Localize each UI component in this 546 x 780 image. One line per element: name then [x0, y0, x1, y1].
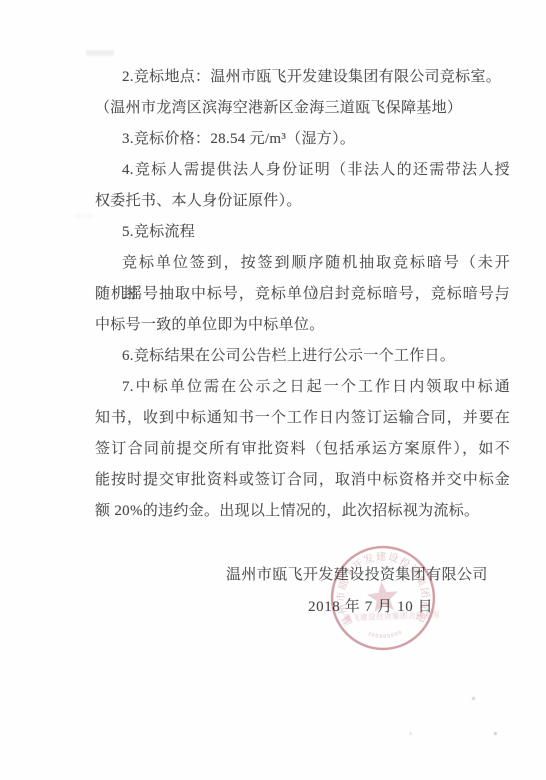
body-line: （温州市龙湾区滨海空港新区金海三道瓯飞保障基地）	[95, 93, 510, 124]
body-line: 竞标单位签到，按签到顺序随机抽取竞标暗号（未开封），	[95, 248, 510, 279]
body-line: 3.竞标价格：28.54 元/m³（湿方）。	[95, 124, 510, 155]
seal-star-icon	[367, 581, 399, 611]
body-line: 2.竞标地点：温州市瓯飞开发建设集团有限公司竞标室。	[95, 62, 510, 93]
scan-speck	[494, 732, 497, 735]
body-line: 7.中标单位需在公示之日起一个工作日内领取中标通	[95, 372, 510, 403]
scan-smudge	[86, 50, 114, 56]
svg-text:300809000: 300809000	[366, 628, 404, 642]
body-line: 额 20%的违约金。出现以上情况的，此次招标视为流标。	[95, 496, 510, 527]
company-seal-stamp: 温州市瓯飞开发建设投资集团有限公司 300809000 瓯飞建设投资集团合同专用	[323, 538, 444, 659]
body-line: 知书，收到中标通知书一个工作日内签订运输合同，并要在	[95, 403, 510, 434]
body-line: 随机摇号抽取中标号，竞标单位启封竞标暗号，竞标暗号与	[95, 279, 510, 310]
body-line: 中标号一致的单位即为中标单位。	[95, 310, 510, 341]
scanned-document-page: 2.竞标地点：温州市瓯飞开发建设集团有限公司竞标室。 （温州市龙湾区滨海空港新区…	[0, 0, 546, 780]
body-line: 权委托书、本人身份证原件）。	[95, 186, 510, 217]
seal-graphic: 温州市瓯飞开发建设投资集团有限公司 300809000	[323, 538, 444, 659]
body-line: 6.竞标结果在公司公告栏上进行公示一个工作日。	[95, 341, 510, 372]
body-line: 5.竞标流程	[95, 217, 510, 248]
scan-speck	[472, 697, 475, 700]
document-body: 2.竞标地点：温州市瓯飞开发建设集团有限公司竞标室。 （温州市龙湾区滨海空港新区…	[95, 62, 510, 527]
scan-speck	[409, 732, 412, 735]
body-line: 签订合同前提交所有审批资料（包括承运方案原件），如不	[95, 434, 510, 465]
body-line: 能按时提交审批资料或签订合同，取消中标资格并交中标金	[95, 465, 510, 496]
seal-serial-text: 300809000	[366, 628, 404, 642]
scan-smudge	[74, 214, 94, 218]
body-line: 4.竞标人需提供法人身份证明（非法人的还需带法人授	[95, 155, 510, 186]
